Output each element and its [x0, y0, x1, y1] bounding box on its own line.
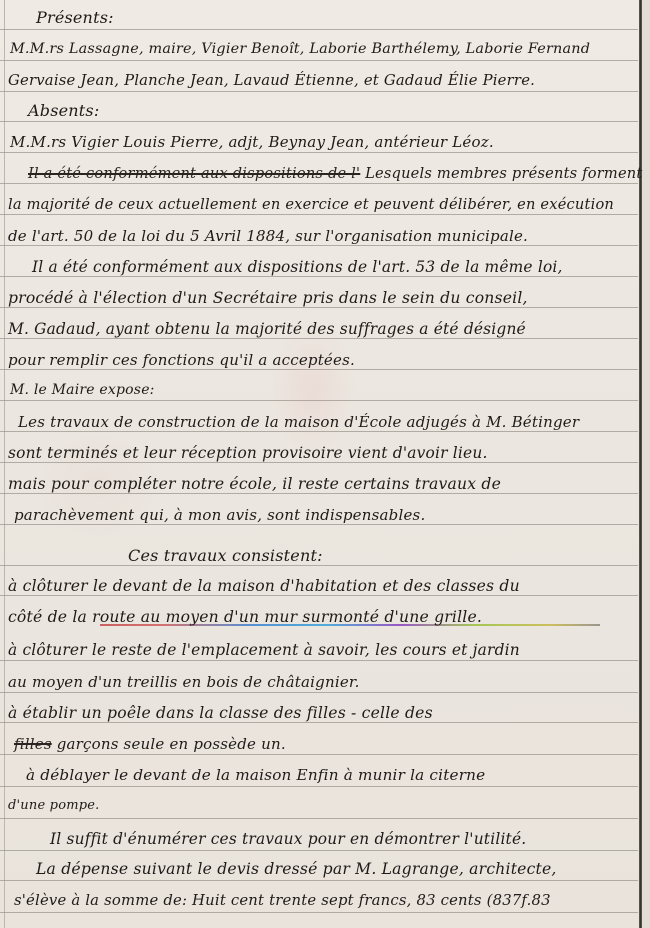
- struck-text: filles: [14, 735, 52, 753]
- absent-members-line: M.M.rs Vigier Louis Pierre, adjt, Beynay…: [10, 133, 494, 151]
- quorum-text: Lesquels membres présents forment: [365, 165, 642, 182]
- page-edge: [642, 0, 650, 928]
- ruled-line: [0, 660, 638, 661]
- quorum-line-1: Il a été conformément aux dispositions d…: [28, 165, 642, 182]
- ruled-line: [0, 152, 638, 153]
- ruled-line: [0, 754, 638, 755]
- absent-heading: Absents:: [28, 101, 99, 120]
- ruled-line: [0, 818, 638, 819]
- cost-line-2: s'élève à la somme de: Huit cent trente …: [14, 892, 551, 909]
- work-item-3-line-2: filles garçons seule en possède un.: [14, 735, 286, 753]
- work-item-3-text: garçons seule en possède un.: [57, 735, 286, 753]
- ruled-line: [0, 183, 638, 184]
- ruled-line: [0, 595, 638, 596]
- ruled-line: [0, 431, 638, 432]
- ruled-line: [0, 850, 638, 851]
- present-members-line-2: Gervaise Jean, Planche Jean, Lavaud Étie…: [8, 72, 535, 89]
- works-line-3: mais pour compléter notre école, il rest…: [8, 475, 501, 493]
- works-consist-heading: Ces travaux consistent:: [128, 546, 323, 565]
- work-item-4-line-2: d'une pompe.: [8, 798, 100, 813]
- ruled-line: [0, 91, 638, 92]
- ruled-line: [0, 338, 638, 339]
- ruled-line: [0, 692, 638, 693]
- mayor-expose-line: M. le Maire expose:: [10, 382, 155, 398]
- work-item-2-line-1: à clôturer le reste de l'emplacement à s…: [8, 641, 520, 659]
- ruled-line: [0, 786, 638, 787]
- ruled-line: [0, 245, 638, 246]
- cost-line-1: La dépense suivant le devis dressé par M…: [36, 860, 557, 878]
- ruled-line: [0, 214, 638, 215]
- ruled-line: [0, 400, 638, 401]
- register-page: Présents: M.M.rs Lassagne, maire, Vigier…: [0, 0, 650, 928]
- ruled-line: [0, 60, 638, 61]
- ruled-line: [0, 524, 638, 525]
- work-item-2-line-2: au moyen d'un treillis en bois de châtai…: [8, 673, 360, 691]
- quorum-line-3: de l'art. 50 de la loi du 5 Avril 1884, …: [8, 227, 528, 245]
- work-item-3-line-1: à établir un poêle dans la classe des fi…: [8, 704, 433, 722]
- work-item-4-line-1: à déblayer le devant de la maison Enfin …: [26, 766, 485, 784]
- ruled-line: [0, 369, 638, 370]
- works-line-2: sont terminés et leur réception provisoi…: [8, 444, 488, 462]
- quorum-line-2: la majorité de ceux actuellement en exer…: [8, 196, 614, 213]
- works-line-1: Les travaux de construction de la maison…: [18, 413, 579, 431]
- ruled-line: [0, 121, 638, 122]
- ruled-line: [0, 722, 638, 723]
- left-margin-line: [4, 0, 5, 928]
- ruled-line: [0, 307, 638, 308]
- works-line-4: parachèvement qui, à mon avis, sont indi…: [14, 506, 425, 524]
- secretary-line-3: M. Gadaud, ayant obtenu la majorité des …: [8, 320, 526, 338]
- secretary-line-1: Il a été conformément aux dispositions d…: [32, 258, 563, 276]
- ruled-line: [0, 29, 638, 30]
- work-item-1-line-1: à clôturer le devant de la maison d'habi…: [8, 577, 520, 595]
- secretary-line-4: pour remplir ces fonctions qu'il a accep…: [8, 351, 355, 369]
- ruled-line: [0, 565, 638, 566]
- ruled-line: [0, 276, 638, 277]
- secretary-line-2: procédé à l'élection d'un Secrétaire pri…: [8, 289, 528, 307]
- present-heading: Présents:: [36, 8, 114, 27]
- ruled-line: [0, 880, 638, 881]
- utility-line: Il suffit d'énumérer ces travaux pour en…: [50, 830, 526, 848]
- ruled-line: [0, 912, 638, 913]
- work-item-1-line-2: côté de la route au moyen d'un mur surmo…: [8, 608, 482, 626]
- ruled-line: [0, 493, 638, 494]
- struck-text: Il a été conformément aux dispositions d…: [28, 165, 360, 182]
- ruled-line: [0, 462, 638, 463]
- present-members-line-1: M.M.rs Lassagne, maire, Vigier Benoît, L…: [10, 41, 590, 57]
